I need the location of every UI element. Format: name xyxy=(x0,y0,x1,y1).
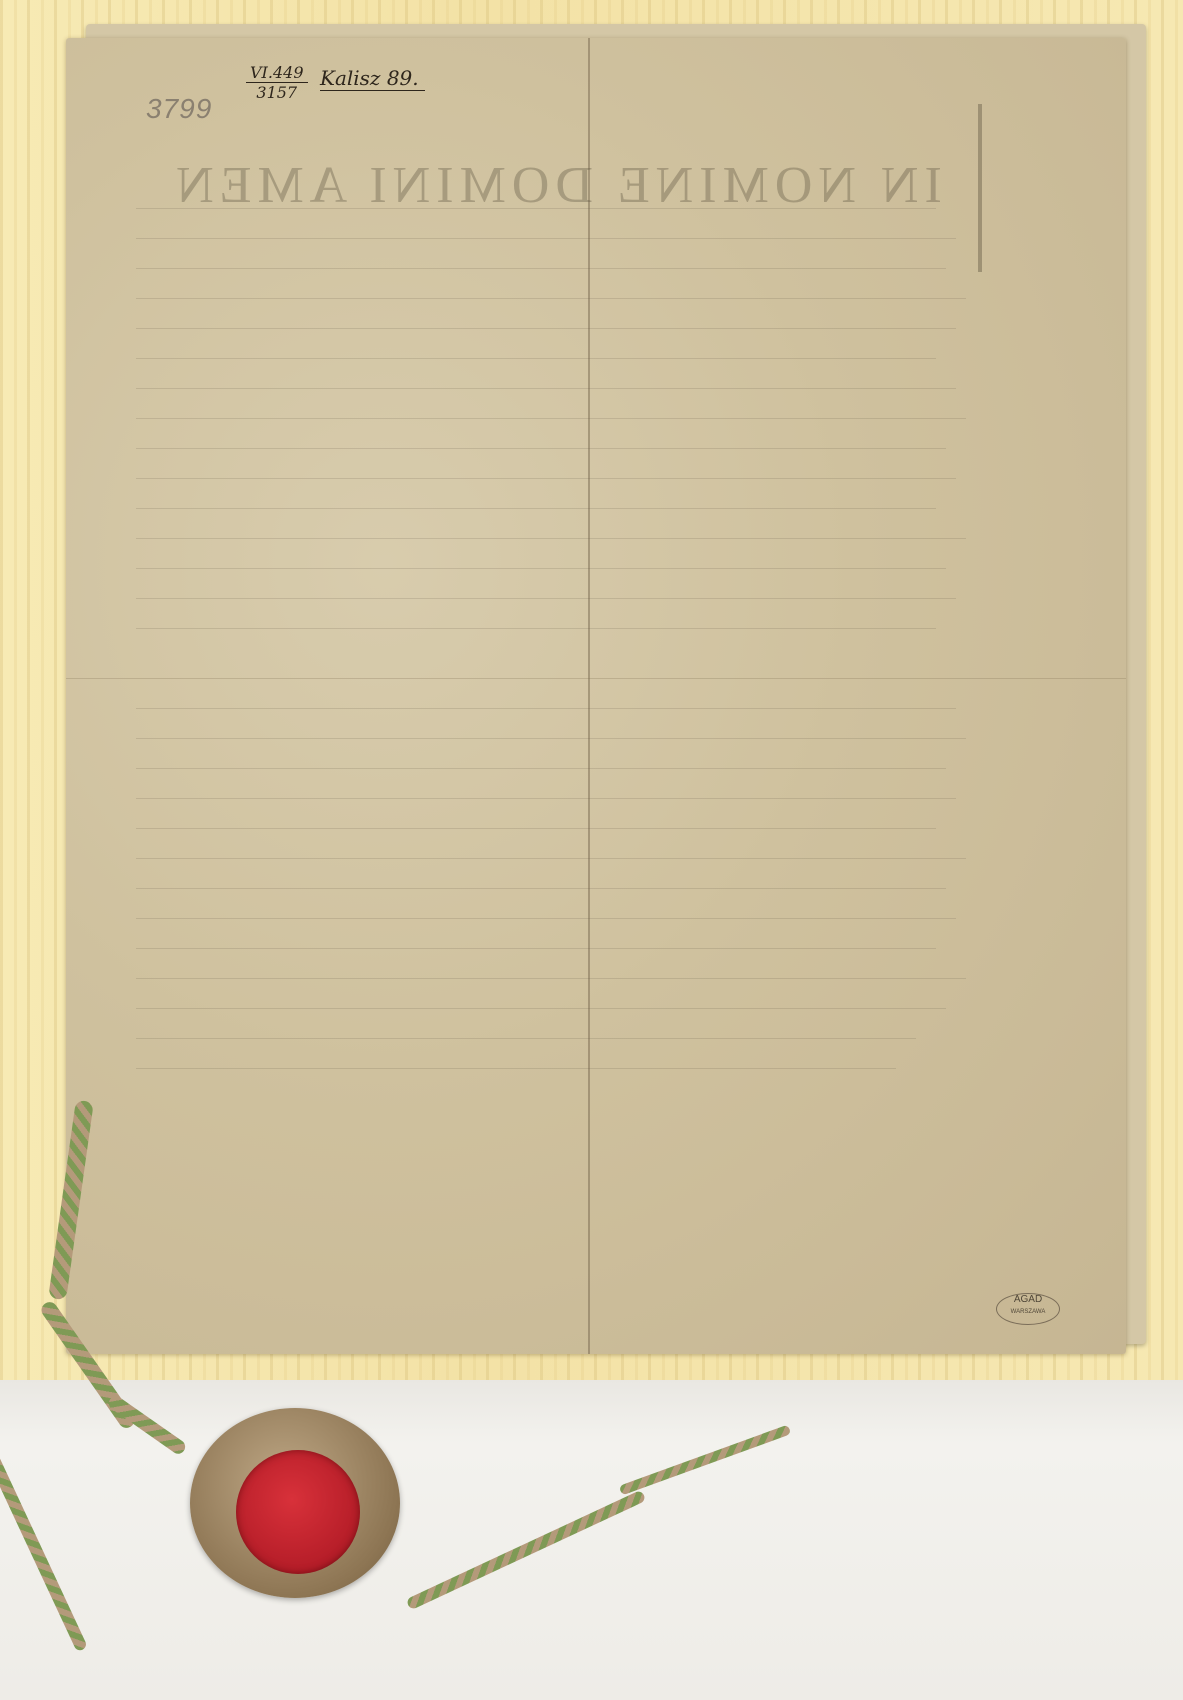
bleed-through-text-line xyxy=(136,1068,896,1069)
bleed-through-text-line xyxy=(136,948,936,949)
bleed-through-text-line xyxy=(136,708,956,709)
stamp-text: AGAD xyxy=(997,1294,1059,1306)
bleed-through-text-line xyxy=(136,858,966,859)
shelfmark-top: VI.449 xyxy=(246,63,308,83)
bleed-through-text-line xyxy=(136,448,946,449)
bleed-through-text-line xyxy=(136,918,956,919)
archive-stamp: AGAD WARSZAWA xyxy=(996,1293,1060,1325)
parchment-sheet: 3799 VI.449 3157 Kalisz 89. IN NOMINE DO… xyxy=(66,38,1126,1354)
bleed-through-text-line xyxy=(136,268,946,269)
bleed-through-text-line xyxy=(136,298,966,299)
white-mat xyxy=(0,1380,1183,1700)
bleed-through-text-line xyxy=(136,568,946,569)
bleed-through-text-line xyxy=(136,508,936,509)
vertical-fold-line xyxy=(588,38,590,1354)
bleed-through-text-line xyxy=(136,418,966,419)
pendant-wax-seal xyxy=(190,1408,400,1598)
bleed-through-text-line xyxy=(136,628,936,629)
bleed-through-text-line xyxy=(136,238,956,239)
bleed-through-text-line xyxy=(136,328,956,329)
pencil-inventory-number: 3799 xyxy=(146,93,212,125)
bleed-through-text-line xyxy=(136,478,956,479)
bleed-through-text-line xyxy=(136,1008,946,1009)
bleed-through-text-line xyxy=(136,978,966,979)
bleed-through-text-line xyxy=(136,738,966,739)
bleed-through-text-line xyxy=(136,768,946,769)
horizontal-fold-line xyxy=(66,678,1126,679)
bleed-through-text-line xyxy=(136,888,946,889)
collection-label: Kalisz 89. xyxy=(320,66,425,91)
shelfmark: VI.449 3157 xyxy=(246,63,308,102)
bleed-through-text-line xyxy=(136,358,936,359)
bleed-through-text-line xyxy=(136,828,936,829)
shelfmark-bottom: 3157 xyxy=(246,83,308,102)
bleed-through-text-line xyxy=(136,208,936,209)
bleed-through-text-line xyxy=(136,598,956,599)
stamp-subtext: WARSZAWA xyxy=(997,1306,1059,1318)
bleed-through-text-line xyxy=(136,1038,916,1039)
mirrored-heading: IN NOMINE DOMINI AMEN xyxy=(126,156,986,215)
red-wax-impression xyxy=(236,1450,360,1574)
bleed-through-text-line xyxy=(136,538,966,539)
margin-bar xyxy=(978,104,982,272)
bleed-through-text-line xyxy=(136,798,956,799)
bleed-through-text-line xyxy=(136,388,956,389)
